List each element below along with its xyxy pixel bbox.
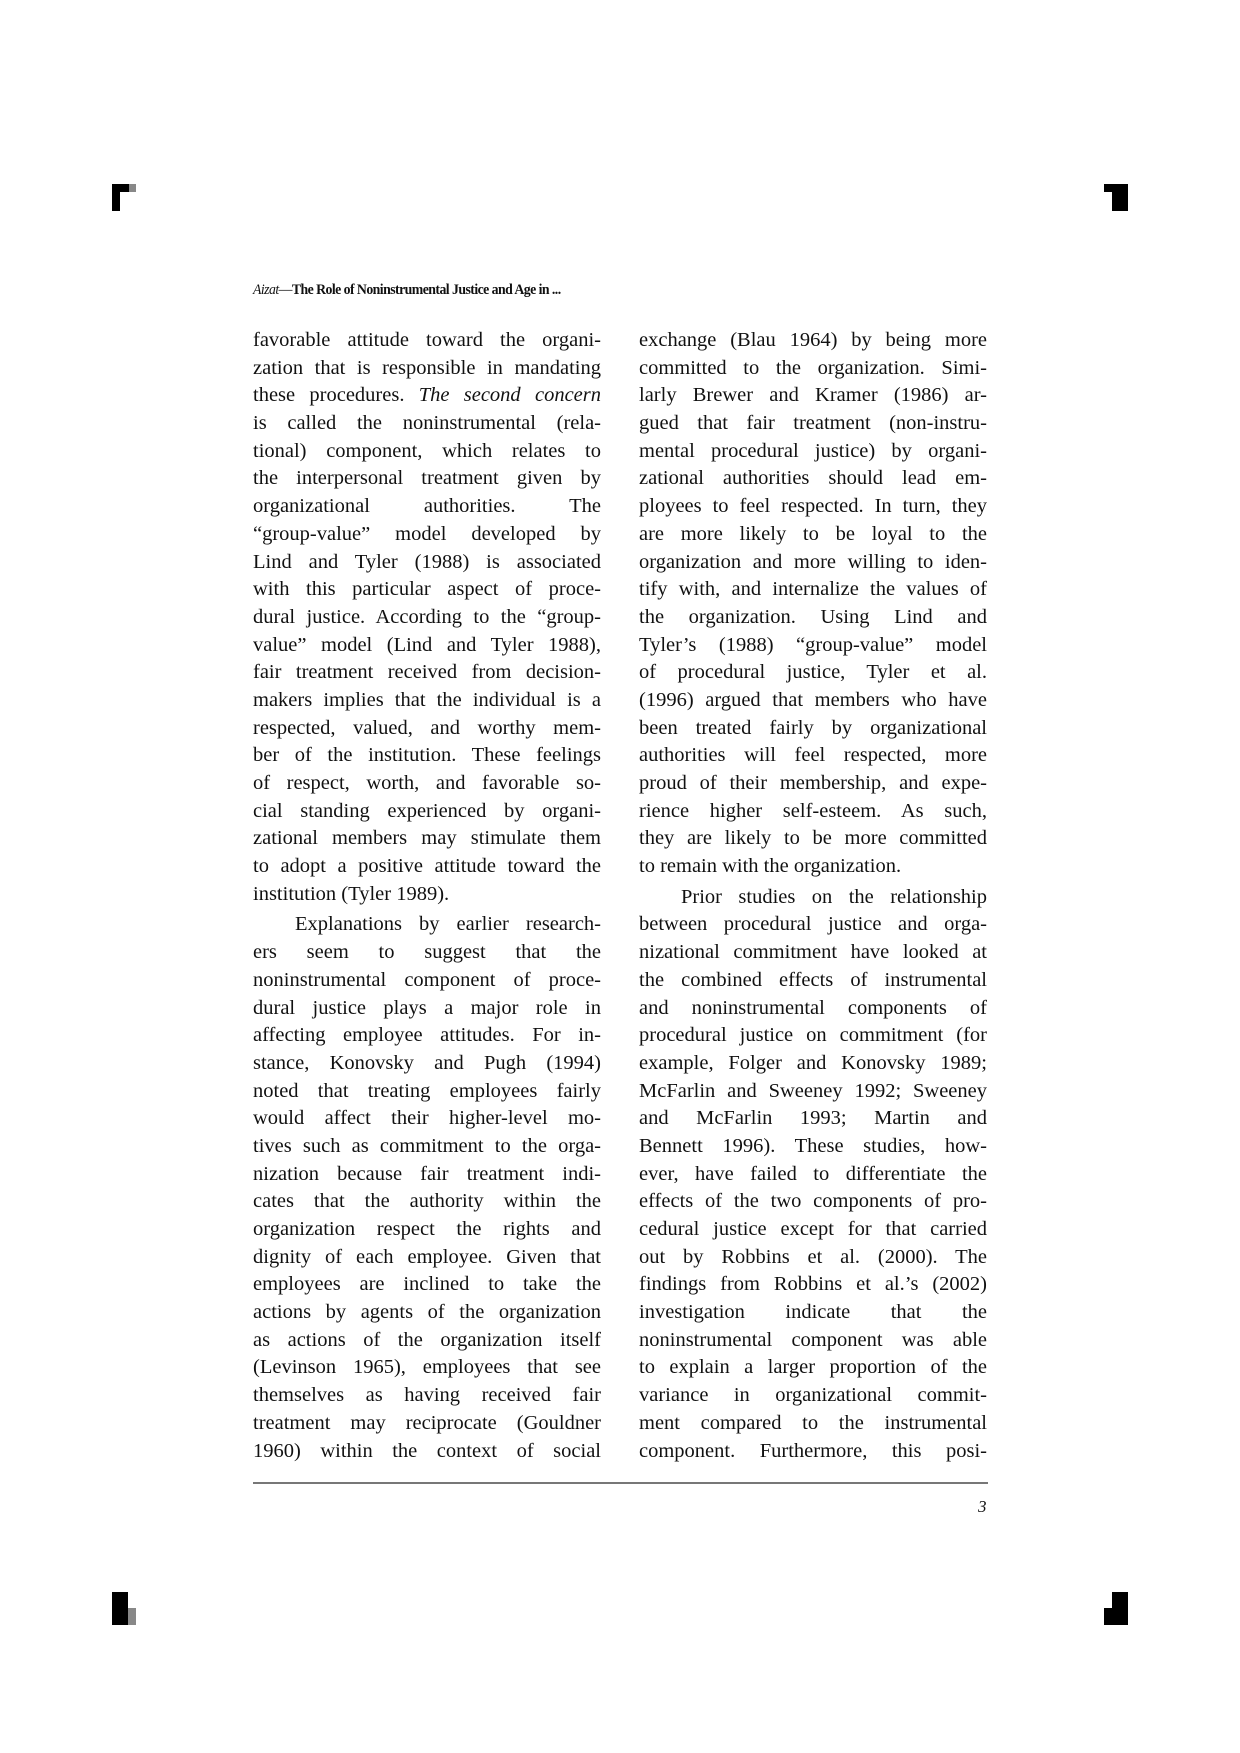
- text-line: are more likely to be loyal to the: [639, 521, 987, 549]
- text-line: treatment may reciprocate (Gouldner: [253, 1410, 601, 1438]
- text-line: zational authorities should lead em-: [639, 465, 987, 493]
- paragraph: exchange (Blau 1964) by being morecommit…: [639, 327, 987, 881]
- text-line: value” model (Lind and Tyler 1988),: [253, 632, 601, 660]
- text-line: these procedures. The second concern: [253, 382, 601, 410]
- text-line: effects of the two components of pro-: [639, 1188, 987, 1216]
- text-line: zational members may stimulate them: [253, 825, 601, 853]
- text-line: variance in organizational commit-: [639, 1382, 987, 1410]
- running-head-separator: —: [279, 282, 292, 298]
- text-line: ber of the institution. These feelings: [253, 742, 601, 770]
- text-line: employees are inclined to take the: [253, 1271, 601, 1299]
- text-line: affecting employee attitudes. For in-: [253, 1022, 601, 1050]
- italic-phrase: The second concern: [419, 384, 601, 406]
- text-line: noninstrumental component was able: [639, 1327, 987, 1355]
- text-line: been treated fairly by organizational: [639, 715, 987, 743]
- text-line: findings from Robbins et al.’s (2002): [639, 1271, 987, 1299]
- text-line: ment compared to the instrumental: [639, 1410, 987, 1438]
- running-head-author: Aizat: [253, 282, 279, 298]
- text-line: noninstrumental component of proce-: [253, 967, 601, 995]
- text-line: actions by agents of the organization: [253, 1299, 601, 1327]
- crop-mark-bottom-left-icon: [112, 1592, 136, 1625]
- text-line: procedural justice on commitment (for: [639, 1022, 987, 1050]
- text-line: ever, have failed to differentiate the: [639, 1161, 987, 1189]
- text-line: the combined effects of instrumental: [639, 967, 987, 995]
- text-line: the organization. Using Lind and: [639, 604, 987, 632]
- text-line: authorities will feel respected, more: [639, 742, 987, 770]
- running-head: Aizat—The Role of Noninstrumental Justic…: [253, 282, 561, 299]
- text-line: and noninstrumental components of: [639, 995, 987, 1023]
- text-line: they are likely to be more committed: [639, 825, 987, 853]
- text-line: themselves as having received fair: [253, 1382, 601, 1410]
- text-line: Tyler’s (1988) “group-value” model: [639, 632, 987, 660]
- text-line: the interpersonal treatment given by: [253, 465, 601, 493]
- text-line: between procedural justice and orga-: [639, 911, 987, 939]
- text-line: committed to the organization. Simi-: [639, 355, 987, 383]
- text-line: dural justice plays a major role in: [253, 995, 601, 1023]
- text-line: fair treatment received from decision-: [253, 659, 601, 687]
- text-line: institution (Tyler 1989).: [253, 881, 601, 909]
- text-line: example, Folger and Konovsky 1989;: [639, 1050, 987, 1078]
- text-line: ers seem to suggest that the: [253, 939, 601, 967]
- text-line: investigation indicate that the: [639, 1299, 987, 1327]
- text-line: organization and more willing to iden-: [639, 549, 987, 577]
- right-column: exchange (Blau 1964) by being morecommit…: [639, 327, 987, 1465]
- text-line: with this particular aspect of proce-: [253, 576, 601, 604]
- text-line: “group-value” model developed by: [253, 521, 601, 549]
- text-line: Lind and Tyler (1988) is associated: [253, 549, 601, 577]
- text-line: cedural justice except for that carried: [639, 1216, 987, 1244]
- text-line: cates that the authority within the: [253, 1188, 601, 1216]
- text-line: gued that fair treatment (non-instru-: [639, 410, 987, 438]
- left-column: favorable attitude toward the organi-zat…: [253, 327, 601, 1465]
- text-line: Bennett 1996). These studies, how-: [639, 1133, 987, 1161]
- text-line: proud of their membership, and expe-: [639, 770, 987, 798]
- text-line: mental procedural justice) by organi-: [639, 438, 987, 466]
- footer-rule: [253, 1482, 988, 1484]
- text-line: cial standing experienced by organi-: [253, 798, 601, 826]
- text-line: organizational authorities. The: [253, 493, 601, 521]
- text-line: as actions of the organization itself: [253, 1327, 601, 1355]
- crop-mark-top-left-icon: [112, 184, 136, 211]
- text-line: of procedural justice, Tyler et al.: [639, 659, 987, 687]
- text-line: zation that is responsible in mandating: [253, 355, 601, 383]
- text-line: to remain with the organization.: [639, 853, 987, 881]
- text-line: would affect their higher-level mo-: [253, 1105, 601, 1133]
- text-line: larly Brewer and Kramer (1986) ar-: [639, 382, 987, 410]
- paragraph: Prior studies on the relationshipbetween…: [639, 884, 987, 1465]
- text-line: tional) component, which relates to: [253, 438, 601, 466]
- text-line: favorable attitude toward the organi-: [253, 327, 601, 355]
- text-line: (Levinson 1965), employees that see: [253, 1354, 601, 1382]
- text-line: component. Furthermore, this posi-: [639, 1438, 987, 1466]
- text-line: nizational commitment have looked at: [639, 939, 987, 967]
- text-line: 1960) within the context of social: [253, 1438, 601, 1466]
- paragraph: Explanations by earlier research-ers see…: [253, 911, 601, 1465]
- text-line: to adopt a positive attitude toward the: [253, 853, 601, 881]
- text-line: and McFarlin 1993; Martin and: [639, 1105, 987, 1133]
- text-line: to explain a larger proportion of the: [639, 1354, 987, 1382]
- text-line: of respect, worth, and favorable so-: [253, 770, 601, 798]
- text-line: Explanations by earlier research-: [253, 911, 601, 939]
- text-line: makers implies that the individual is a: [253, 687, 601, 715]
- text-line: (1996) argued that members who have: [639, 687, 987, 715]
- text-line: tives such as commitment to the orga-: [253, 1133, 601, 1161]
- crop-mark-top-right-icon: [1104, 184, 1128, 211]
- text-line: stance, Konovsky and Pugh (1994): [253, 1050, 601, 1078]
- text-line: exchange (Blau 1964) by being more: [639, 327, 987, 355]
- text-line: dignity of each employee. Given that: [253, 1244, 601, 1272]
- paragraph: favorable attitude toward the organi-zat…: [253, 327, 601, 908]
- text-line: out by Robbins et al. (2000). The: [639, 1244, 987, 1272]
- crop-mark-bottom-right-icon: [1104, 1592, 1128, 1625]
- text-line: nization because fair treatment indi-: [253, 1161, 601, 1189]
- text-line: tify with, and internalize the values of: [639, 576, 987, 604]
- text-line: noted that treating employees fairly: [253, 1078, 601, 1106]
- page-number: 3: [978, 1497, 987, 1517]
- text-line: McFarlin and Sweeney 1992; Sweeney: [639, 1078, 987, 1106]
- text-line: is called the noninstrumental (rela-: [253, 410, 601, 438]
- text-line: Prior studies on the relationship: [639, 884, 987, 912]
- text-line: respected, valued, and worthy mem-: [253, 715, 601, 743]
- text-line: dural justice. According to the “group-: [253, 604, 601, 632]
- running-head-title: The Role of Noninstrumental Justice and …: [292, 282, 561, 298]
- text-line: organization respect the rights and: [253, 1216, 601, 1244]
- text-line: ployees to feel respected. In turn, they: [639, 493, 987, 521]
- text-line: rience higher self-esteem. As such,: [639, 798, 987, 826]
